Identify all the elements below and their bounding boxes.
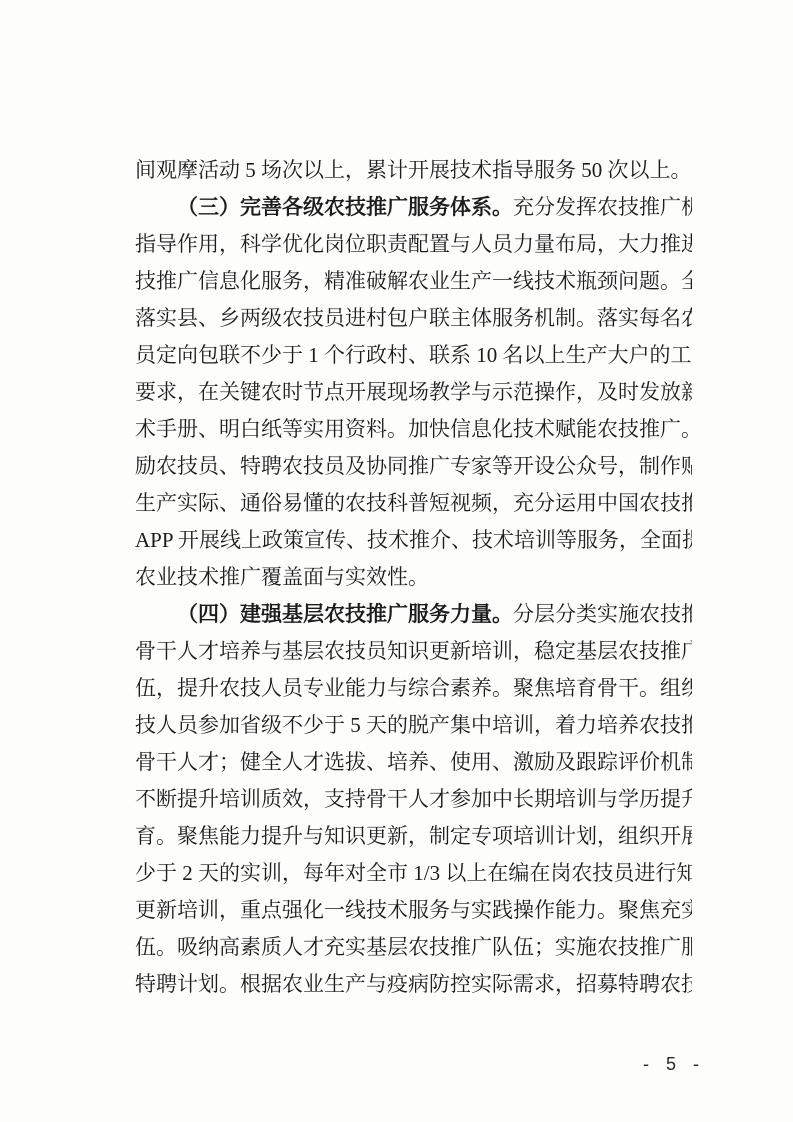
text-line: 骨干人才；健全人才选拔、培养、使用、激励及跟踪评价机制， bbox=[135, 744, 692, 781]
text-line: 生产实际、通俗易懂的农技科普短视频，充分运用中国农技推广 bbox=[135, 485, 692, 522]
line-text: 间观摩活动 5 场次以上，累计开展技术指导服务 50 次以上。 bbox=[135, 158, 692, 182]
line-text: 伍，提升农技人员专业能力与综合素养。聚焦培育骨干。组织农 bbox=[135, 676, 692, 700]
text-line: 农业技术推广覆盖面与实效性。 bbox=[135, 559, 692, 596]
text-line: （四）建强基层农技推广服务力量。分层分类实施农技推广 bbox=[135, 596, 692, 633]
text-line: 特聘计划。根据农业生产与疫病防控实际需求，招募特聘农技员 bbox=[135, 966, 692, 1003]
line-text: 指导作用，科学优化岗位职责配置与人员力量布局，大力推进农 bbox=[135, 232, 692, 256]
document-page: 间观摩活动 5 场次以上，累计开展技术指导服务 50 次以上。 （三）完善各级农… bbox=[0, 0, 793, 1122]
document-body: 间观摩活动 5 场次以上，累计开展技术指导服务 50 次以上。 （三）完善各级农… bbox=[135, 152, 692, 1003]
section-heading: （四）建强基层农技推广服务力量。 bbox=[177, 602, 513, 626]
text-line: 更新培训，重点强化一线技术服务与实践操作能力。聚焦充实队 bbox=[135, 892, 692, 929]
text-line: 伍。吸纳高素质人才充实基层农技推广队伍；实施农技推广服务 bbox=[135, 929, 692, 966]
line-text: 充分发挥农技推广机构 bbox=[513, 195, 692, 219]
line-text: 骨干人才培养与基层农技员知识更新培训，稳定基层农技推广队 bbox=[135, 639, 692, 663]
line-text: 不断提升培训质效，支持骨干人才参加中长期培训与学历提升教 bbox=[135, 787, 692, 811]
line-text: 特聘计划。根据农业生产与疫病防控实际需求，招募特聘农技员 bbox=[135, 972, 692, 996]
line-text: 更新培训，重点强化一线技术服务与实践操作能力。聚焦充实队 bbox=[135, 898, 692, 922]
text-line: 指导作用，科学优化岗位职责配置与人员力量布局，大力推进农 bbox=[135, 226, 692, 263]
text-line: （三）完善各级农技推广服务体系。充分发挥农技推广机构 bbox=[135, 189, 692, 226]
text-line: 育。聚焦能力提升与知识更新，制定专项培训计划，组织开展不 bbox=[135, 818, 692, 855]
line-text: 伍。吸纳高素质人才充实基层农技推广队伍；实施农技推广服务 bbox=[135, 935, 692, 959]
line-text: 员定向包联不少于 1 个行政村、联系 10 名以上生产大户的工作 bbox=[135, 343, 692, 367]
text-line: 少于 2 天的实训，每年对全市 1/3 以上在编在岗农技员进行知识 bbox=[135, 855, 692, 892]
text-line: 落实县、乡两级农技员进村包户联主体服务机制。落实每名农技 bbox=[135, 300, 692, 337]
line-text: 育。聚焦能力提升与知识更新，制定专项培训计划，组织开展不 bbox=[135, 824, 692, 848]
line-text: 生产实际、通俗易懂的农技科普短视频，充分运用中国农技推广 bbox=[135, 491, 692, 515]
line-text: 落实县、乡两级农技员进村包户联主体服务机制。落实每名农技 bbox=[135, 306, 692, 330]
text-line: 技人员参加省级不少于 5 天的脱产集中培训，着力培养农技推广 bbox=[135, 707, 692, 744]
text-line: 员定向包联不少于 1 个行政村、联系 10 名以上生产大户的工作 bbox=[135, 337, 692, 374]
line-text: APP 开展线上政策宣传、技术推介、技术培训等服务，全面提升 bbox=[135, 528, 692, 552]
text-line: 伍，提升农技人员专业能力与综合素养。聚焦培育骨干。组织农 bbox=[135, 670, 692, 707]
line-text: 术手册、明白纸等实用资料。加快信息化技术赋能农技推广。鼓 bbox=[135, 417, 692, 441]
text-line: APP 开展线上政策宣传、技术推介、技术培训等服务，全面提升 bbox=[135, 522, 692, 559]
text-line: 技推广信息化服务，精准破解农业生产一线技术瓶颈问题。全面 bbox=[135, 263, 692, 300]
text-line: 要求，在关键农时节点开展现场教学与示范操作，及时发放新技 bbox=[135, 374, 692, 411]
page-number: - 5 - bbox=[643, 1049, 703, 1079]
line-text: 农业技术推广覆盖面与实效性。 bbox=[135, 565, 429, 589]
text-line: 励农技员、特聘农技员及协同推广专家等开设公众号，制作贴合 bbox=[135, 448, 692, 485]
text-line: 术手册、明白纸等实用资料。加快信息化技术赋能农技推广。鼓 bbox=[135, 411, 692, 448]
line-text: 技推广信息化服务，精准破解农业生产一线技术瓶颈问题。全面 bbox=[135, 269, 692, 293]
line-text: 少于 2 天的实训，每年对全市 1/3 以上在编在岗农技员进行知识 bbox=[135, 861, 692, 885]
line-text: 分层分类实施农技推广 bbox=[513, 602, 692, 626]
text-line: 不断提升培训质效，支持骨干人才参加中长期培训与学历提升教 bbox=[135, 781, 692, 818]
text-line: 骨干人才培养与基层农技员知识更新培训，稳定基层农技推广队 bbox=[135, 633, 692, 670]
line-text: 技人员参加省级不少于 5 天的脱产集中培训，着力培养农技推广 bbox=[135, 713, 692, 737]
line-text: 要求，在关键农时节点开展现场教学与示范操作，及时发放新技 bbox=[135, 380, 692, 404]
line-text: 励农技员、特聘农技员及协同推广专家等开设公众号，制作贴合 bbox=[135, 454, 692, 478]
line-text: 骨干人才；健全人才选拔、培养、使用、激励及跟踪评价机制， bbox=[135, 750, 692, 774]
text-line: 间观摩活动 5 场次以上，累计开展技术指导服务 50 次以上。 bbox=[135, 152, 692, 189]
section-heading: （三）完善各级农技推广服务体系。 bbox=[177, 195, 513, 219]
